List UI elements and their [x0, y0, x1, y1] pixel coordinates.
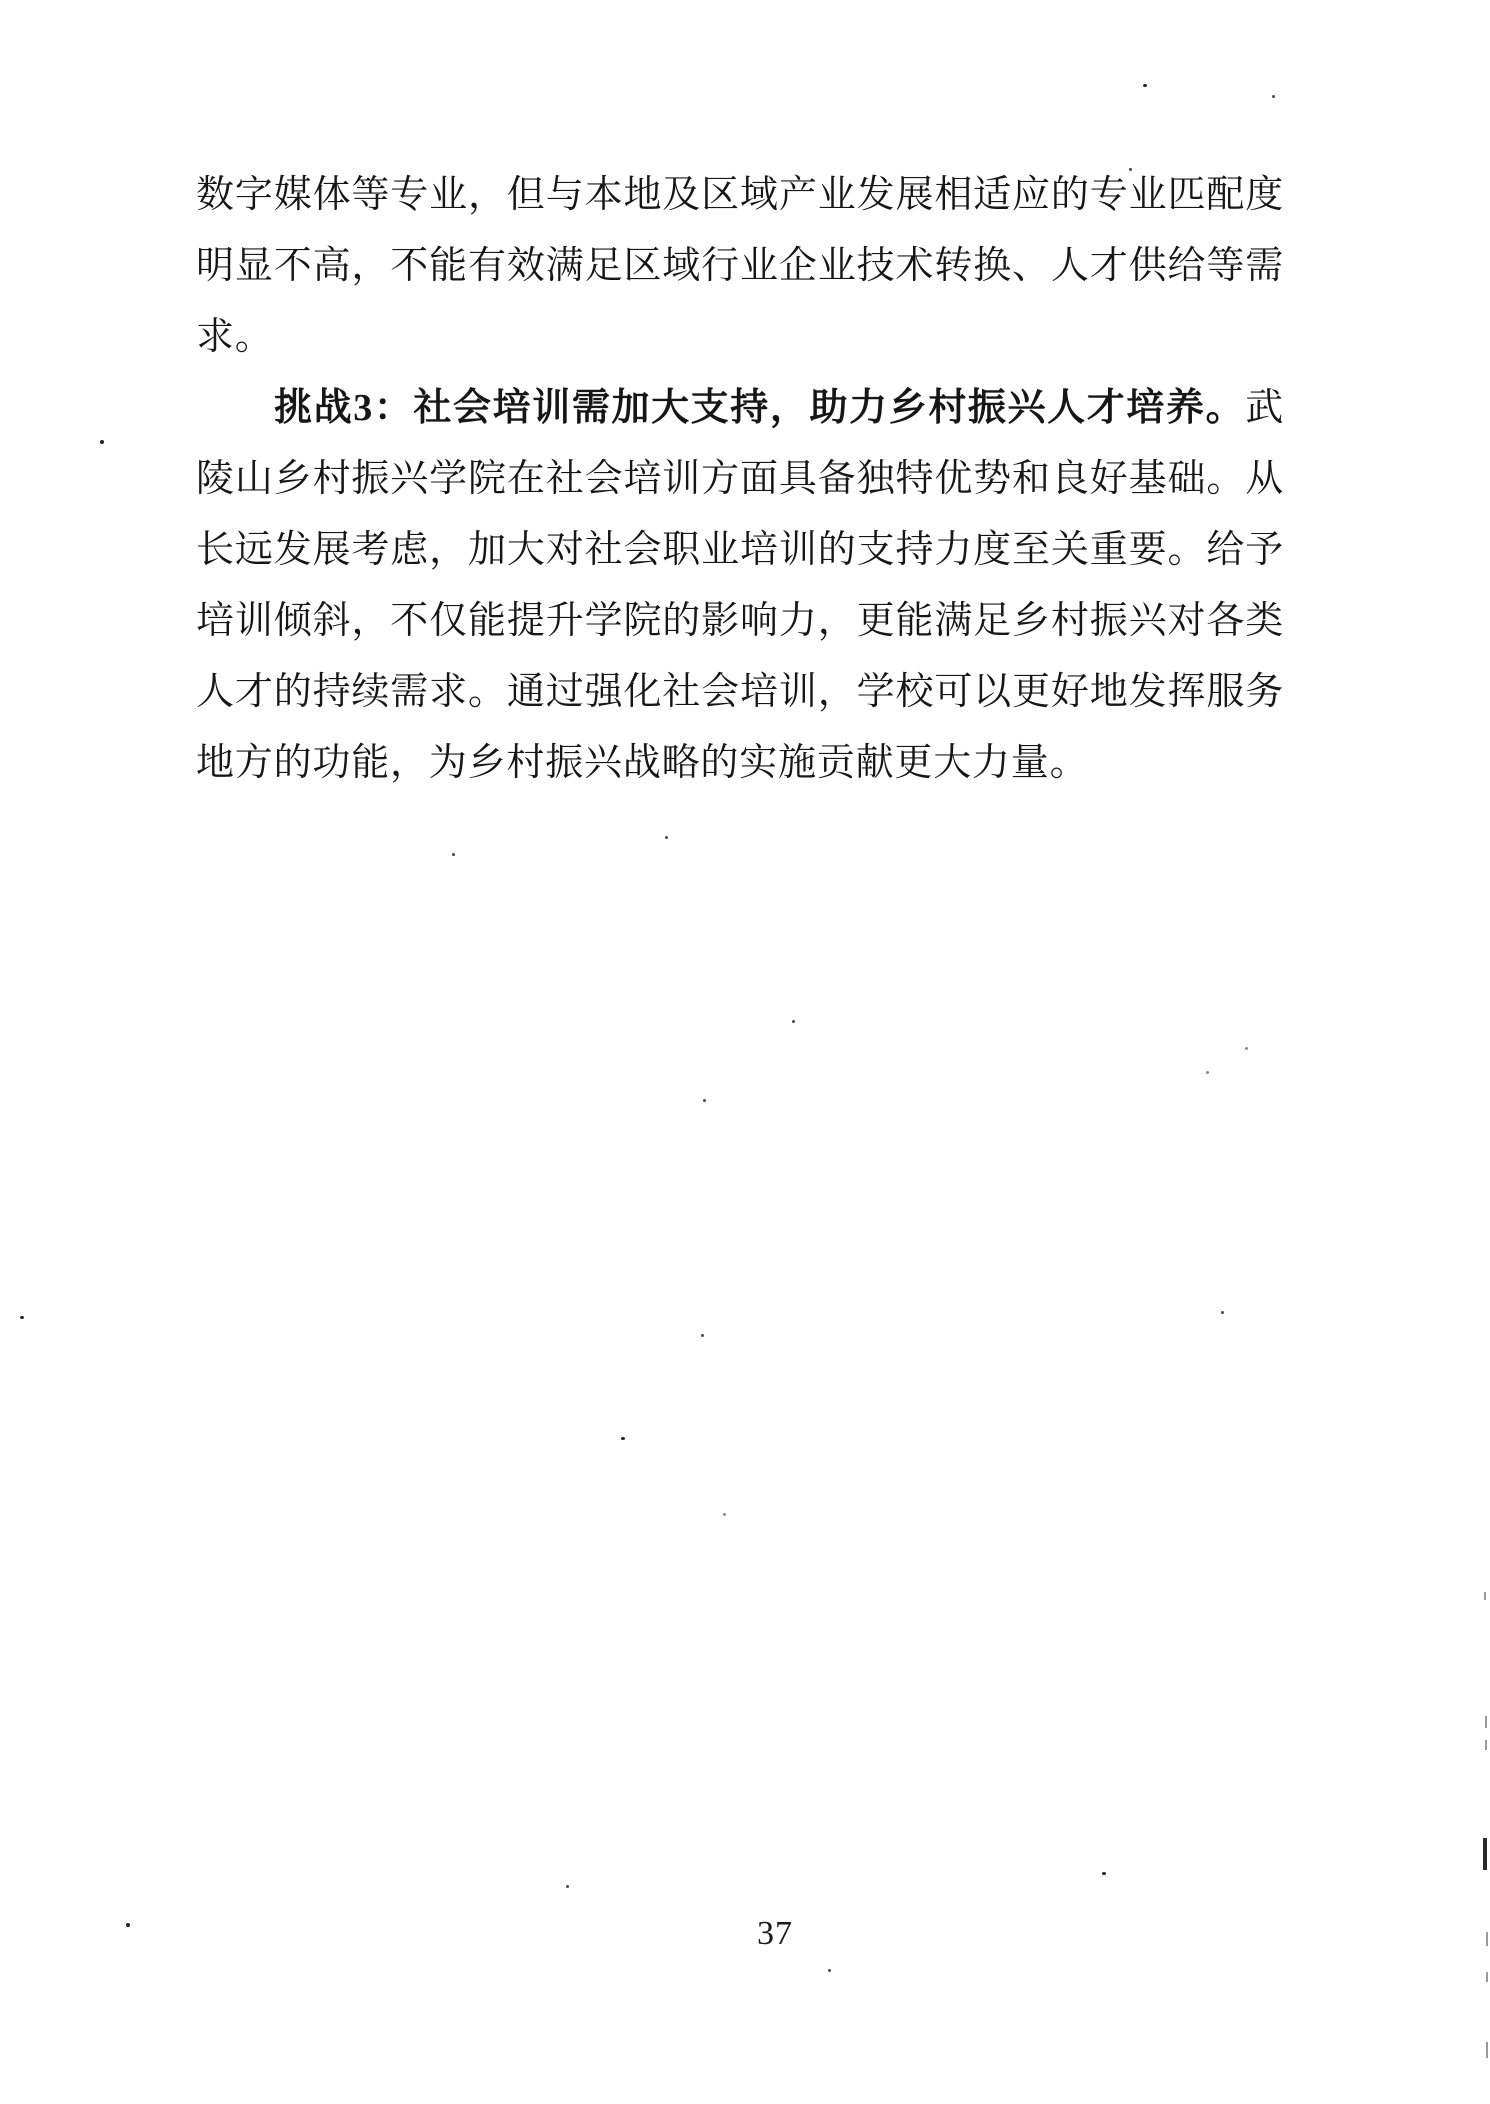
- text-line: 挑战3：社会培训需加大支持，助力乡村振兴人才培养。武: [196, 373, 1284, 444]
- scan-edge-artifact: [1486, 1932, 1488, 1946]
- challenge-heading: 挑战3：社会培训需加大支持，助力乡村振兴人才培养。: [274, 387, 1245, 429]
- scan-speck: [792, 1020, 795, 1023]
- scan-speck: [1272, 95, 1275, 98]
- scan-speck: [828, 1969, 831, 1972]
- text-line: 地方的功能，为乡村振兴战略的实施贡献更大力量。: [196, 728, 1284, 799]
- text-line: 长远发展考虑，加大对社会职业培训的支持力度至关重要。给予: [196, 515, 1284, 586]
- scan-edge-artifact: [1485, 1740, 1487, 1750]
- page-number: 37: [30, 1916, 1490, 1952]
- scan-edge-artifact: [1485, 1716, 1487, 1728]
- scan-edge-artifact: [1483, 1838, 1487, 1870]
- scan-speck: [703, 1099, 706, 1102]
- text-line: 数字媒体等专业，但与本地及区域产业发展相适应的专业匹配度: [196, 160, 1284, 231]
- scan-speck: [126, 1923, 130, 1927]
- scan-speck: [621, 1437, 625, 1440]
- scan-speck: [1129, 168, 1132, 171]
- scan-speck: [100, 440, 104, 444]
- scan-edge-artifact: [1486, 2042, 1488, 2058]
- document-page: 数字媒体等专业，但与本地及区域产业发展相适应的专业匹配度 明显不高，不能有效满足…: [0, 0, 1490, 2104]
- text-line: 陵山乡村振兴学院在社会培训方面具备独特优势和良好基础。从: [196, 444, 1284, 515]
- text-line: 人才的持续需求。通过强化社会培训，学校可以更好地发挥服务: [196, 657, 1284, 728]
- scan-speck: [1206, 1071, 1209, 1074]
- scan-speck: [20, 1316, 24, 1319]
- scan-speck: [701, 1334, 704, 1337]
- text-line: 培训倾斜，不仅能提升学院的影响力，更能满足乡村振兴对各类: [196, 586, 1284, 657]
- scan-edge-artifact: [1486, 1972, 1488, 1982]
- scan-speck: [1221, 1311, 1224, 1314]
- scan-edge-artifact: [1484, 1592, 1486, 1600]
- body-text: 数字媒体等专业，但与本地及区域产业发展相适应的专业匹配度 明显不高，不能有效满足…: [196, 160, 1284, 799]
- scan-speck: [1143, 84, 1147, 87]
- text-line: 求。: [196, 302, 1284, 373]
- body-text-run: 武: [1245, 387, 1284, 429]
- scan-speck: [566, 1885, 569, 1888]
- scan-speck: [452, 853, 455, 856]
- scan-speck: [1245, 1047, 1248, 1050]
- text-line: 明显不高，不能有效满足区域行业企业技术转换、人才供给等需: [196, 231, 1284, 302]
- scan-speck: [723, 1513, 726, 1516]
- scan-speck: [665, 836, 668, 839]
- scan-speck: [1102, 1872, 1106, 1875]
